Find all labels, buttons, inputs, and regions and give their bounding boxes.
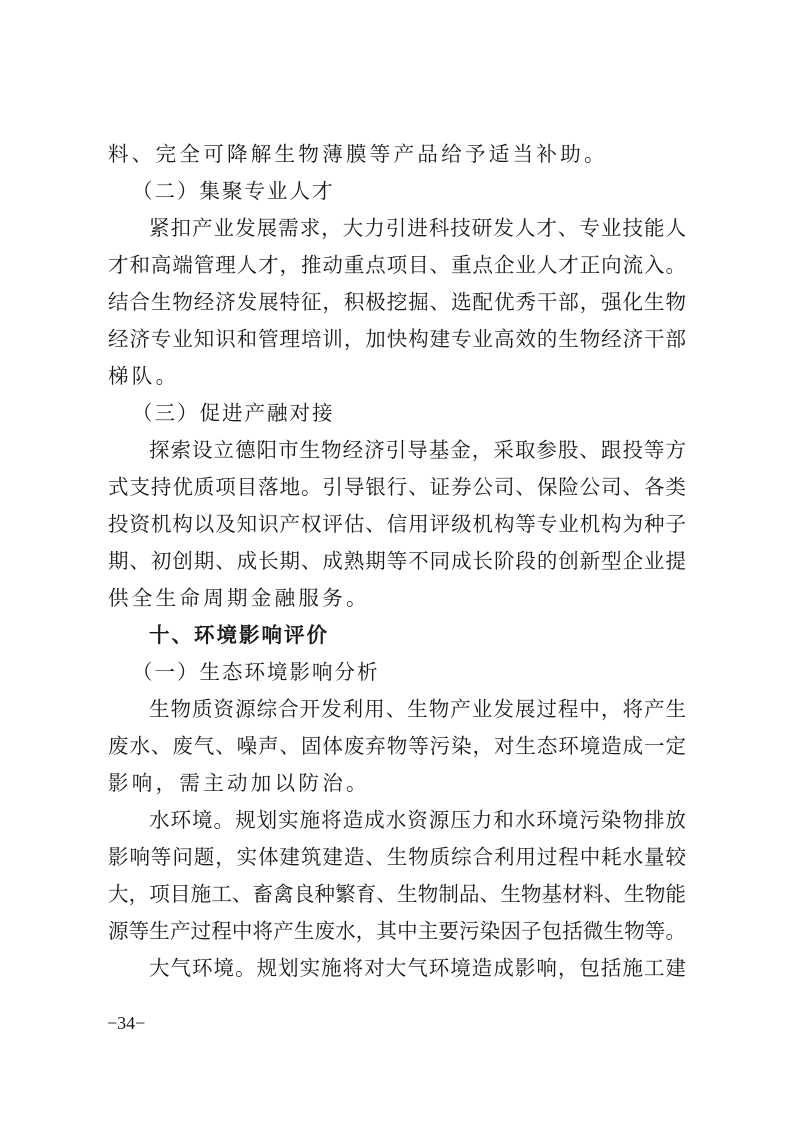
section-heading-2: （二）集聚专业人才 bbox=[108, 173, 686, 210]
paragraph-line: 梯队。 bbox=[108, 358, 686, 395]
paragraph-line: 影响，需主动加以防治。 bbox=[108, 765, 686, 802]
page-number: −34− bbox=[107, 1013, 145, 1034]
paragraph-line: 期、初创期、成长期、成熟期等不同成长阶段的创新型企业提 bbox=[108, 543, 686, 580]
paragraph-line: 大气环境。规划实施将对大气环境造成影响，包括施工建 bbox=[108, 950, 686, 987]
paragraph-line: 大，项目施工、畜禽良种繁育、生物制品、生物基材料、生物能 bbox=[108, 876, 686, 913]
paragraph-line: 影响等问题，实体建筑建造、生物质综合利用过程中耗水量较 bbox=[108, 839, 686, 876]
paragraph-line: 式支持优质项目落地。引导银行、证券公司、保险公司、各类 bbox=[108, 469, 686, 506]
paragraph-line: 供全生命周期金融服务。 bbox=[108, 580, 686, 617]
section-heading-3: （三）促进产融对接 bbox=[108, 395, 686, 432]
paragraph-continuation: 料、完全可降解生物薄膜等产品给予适当补助。 bbox=[108, 136, 686, 173]
paragraph-line: 经济专业知识和管理培训，加快构建专业高效的生物经济干部 bbox=[108, 321, 686, 358]
document-page: 料、完全可降解生物薄膜等产品给予适当补助。 （二）集聚专业人才 紧扣产业发展需求… bbox=[108, 136, 686, 987]
paragraph-line: 废水、废气、噪声、固体废弃物等污染，对生态环境造成一定 bbox=[108, 728, 686, 765]
paragraph-line: 投资机构以及知识产权评估、信用评级机构等专业机构为种子 bbox=[108, 506, 686, 543]
paragraph-line: 结合生物经济发展特征，积极挖掘、选配优秀干部，强化生物 bbox=[108, 284, 686, 321]
paragraph-line: 探索设立德阳市生物经济引导基金，采取参股、跟投等方 bbox=[108, 432, 686, 469]
paragraph-line: 水环境。规划实施将造成水资源压力和水环境污染物排放 bbox=[108, 802, 686, 839]
paragraph-line: 紧扣产业发展需求，大力引进科技研发人才、专业技能人 bbox=[108, 210, 686, 247]
paragraph-line: 才和高端管理人才，推动重点项目、重点企业人才正向流入。 bbox=[108, 247, 686, 284]
chapter-heading-10: 十、环境影响评价 bbox=[108, 617, 686, 654]
section-heading-1: （一）生态环境影响分析 bbox=[108, 654, 686, 691]
paragraph-line: 生物质资源综合开发利用、生物产业发展过程中，将产生 bbox=[108, 691, 686, 728]
paragraph-line: 源等生产过程中将产生废水，其中主要污染因子包括微生物等。 bbox=[108, 913, 686, 950]
